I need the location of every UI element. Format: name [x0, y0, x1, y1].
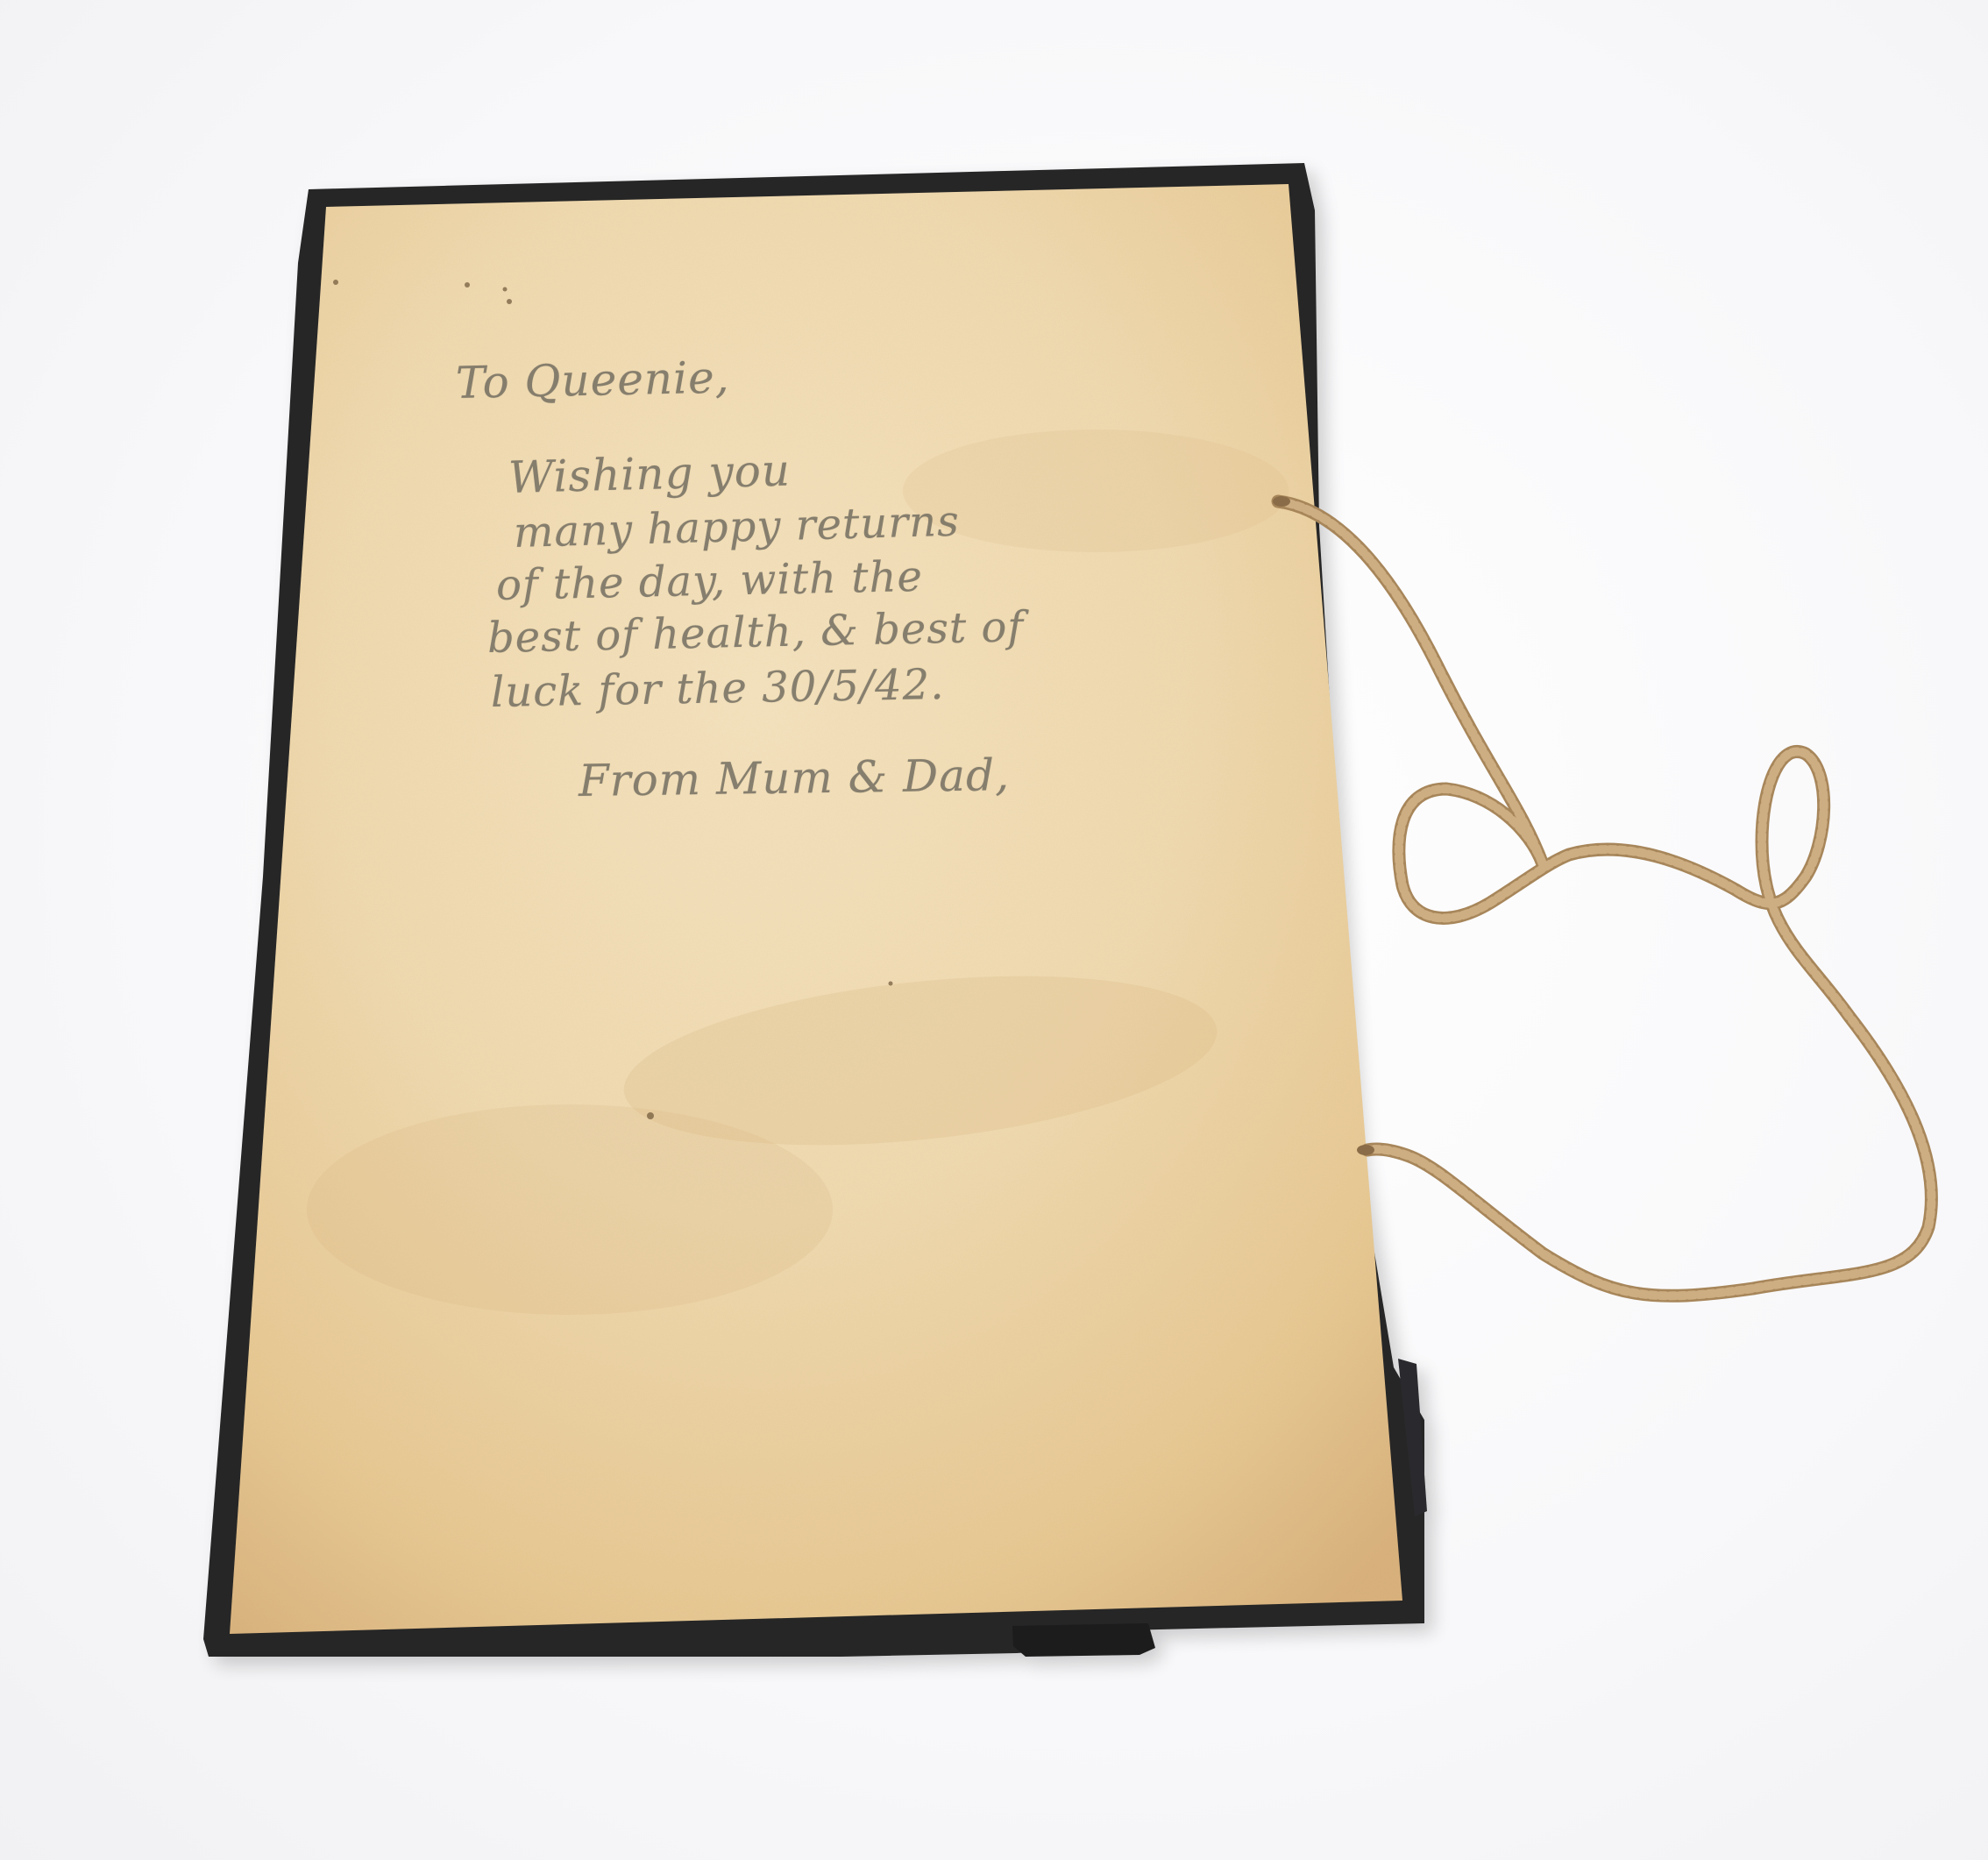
photo-scene: To Queenie, Wishing you many happy retur…: [0, 0, 1988, 1860]
jute-string: [1273, 496, 1931, 1296]
card-artwork: [0, 0, 1988, 1860]
signature-text: From Mum & Dad,: [579, 749, 1011, 806]
message-line: of the day, with the: [495, 552, 923, 610]
string-hole-top: [1273, 496, 1290, 507]
string-upper: [1278, 501, 1931, 1296]
paper-grain: [230, 184, 1402, 1634]
message-line: luck for the 30/5/42.: [491, 660, 945, 717]
water-stain: [903, 430, 1289, 552]
greeting-text: To Queenie,: [455, 351, 730, 408]
string-hole-bottom: [1357, 1145, 1374, 1155]
torn-tape-blob: [1012, 1623, 1155, 1657]
water-stain: [307, 1104, 833, 1315]
message-line: Wishing you: [508, 445, 791, 503]
